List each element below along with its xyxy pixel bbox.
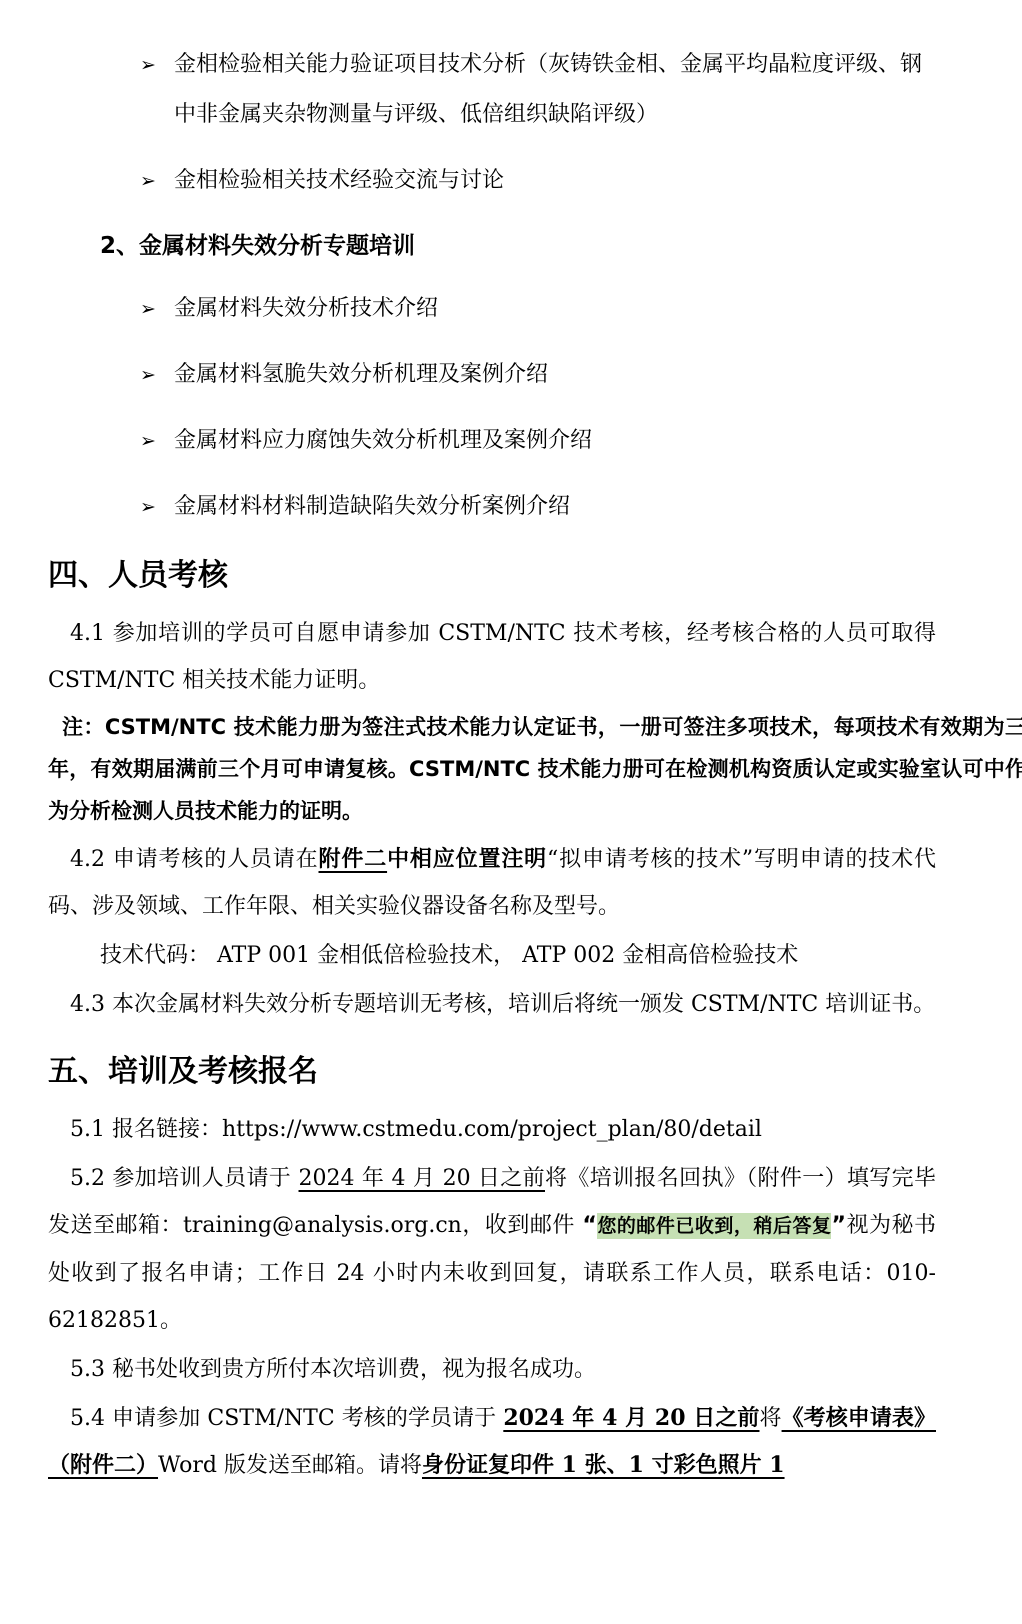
registration-link-url: https://www.cstmedu.com/project_plan/80/… — [222, 1117, 762, 1142]
arrow-bullet-icon: ➢ — [140, 482, 174, 532]
arrow-bullet-icon: ➢ — [140, 284, 174, 334]
text-run-bold: 中相应位置注明 — [387, 846, 547, 872]
list-item: ➢ 金属材料氢脆失效分析机理及案例介绍 — [140, 350, 936, 400]
section-heading-registration: 五、培训及考核报名 — [48, 1050, 936, 1094]
list-item: ➢ 金属材料应力腐蚀失效分析机理及案例介绍 — [140, 416, 936, 466]
paragraph-4-3: 4.3 本次金属材料失效分析专题培训无考核，培训后将统一颁发 CSTM/NTC … — [48, 981, 936, 1028]
subsection-heading-2: 2、金属材料失效分析专题培训 — [100, 222, 936, 270]
text-run: 4.2 申请考核的人员请在 — [70, 847, 319, 872]
document-page: ➢ 金相检验相关能力验证项目技术分析（灰铸铁金相、金属平均晶粒度评级、钢中非金属… — [0, 0, 1022, 1624]
deadline-date: 2024 年 4 月 20 日之前 — [503, 1405, 759, 1431]
list-item-text: 金相检验相关技术经验交流与讨论 — [174, 156, 936, 206]
list-item-text: 金属材料材料制造缺陷失效分析案例介绍 — [174, 482, 936, 532]
email-reply-highlight: 您的邮件已收到，稍后答复 — [597, 1213, 832, 1239]
list-item: ➢ 金相检验相关技术经验交流与讨论 — [140, 156, 936, 206]
quoted-phrase: “拟申请考核的技术” — [547, 847, 753, 872]
text-run: 将 — [759, 1406, 781, 1431]
attachment-2-reference: 附件二 — [319, 846, 388, 872]
paragraph-5-2: 5.2 参加培训人员请于 2024 年 4 月 20 日之前将《培训报名回执》（… — [48, 1155, 936, 1344]
list-item-text: 金属材料应力腐蚀失效分析机理及案例介绍 — [174, 416, 936, 466]
paragraph-5-4: 5.4 申请参加 CSTM/NTC 考核的学员请于 2024 年 4 月 20 … — [48, 1395, 936, 1489]
arrow-bullet-icon: ➢ — [140, 416, 174, 466]
section-heading-personnel-assessment: 四、人员考核 — [48, 554, 936, 598]
paragraph-note: 注：CSTM/NTC 技术能力册为签注式技术能力认定证书，一册可签注多项技术，每… — [48, 706, 1022, 832]
text-run: 5.4 申请参加 CSTM/NTC 考核的学员请于 — [70, 1406, 503, 1431]
list-item: ➢ 金相检验相关能力验证项目技术分析（灰铸铁金相、金属平均晶粒度评级、钢中非金属… — [140, 40, 936, 140]
deadline-date: 2024 年 4 月 20 日之前 — [299, 1166, 545, 1191]
arrow-bullet-icon: ➢ — [140, 40, 174, 90]
paragraph-4-2: 4.2 申请考核的人员请在附件二中相应位置注明“拟申请考核的技术”写明申请的技术… — [48, 836, 936, 930]
text-run: Word 版发送至邮箱。请将 — [158, 1453, 422, 1478]
arrow-bullet-icon: ➢ — [140, 156, 174, 206]
list-item: ➢ 金属材料失效分析技术介绍 — [140, 284, 936, 334]
list-item: ➢ 金属材料材料制造缺陷失效分析案例介绍 — [140, 482, 936, 532]
paragraph-4-1: 4.1 参加培训的学员可自愿申请参加 CSTM/NTC 技术考核，经考核合格的人… — [48, 610, 936, 704]
open-quote: “ — [582, 1213, 596, 1238]
close-quote: ” — [831, 1213, 845, 1238]
list-item-text: 金相检验相关能力验证项目技术分析（灰铸铁金相、金属平均晶粒度评级、钢中非金属夹杂… — [174, 40, 936, 140]
required-materials: 身份证复印件 1 张、1 寸彩色照片 1 — [422, 1452, 785, 1478]
paragraph-5-3: 5.3 秘书处收到贵方所付本次培训费，视为报名成功。 — [48, 1346, 936, 1393]
registration-link-label: 5.1 报名链接： — [70, 1117, 222, 1142]
list-item-text: 金属材料氢脆失效分析机理及案例介绍 — [174, 350, 936, 400]
arrow-bullet-icon: ➢ — [140, 350, 174, 400]
list-item-text: 金属材料失效分析技术介绍 — [174, 284, 936, 334]
text-run: 5.2 参加培训人员请于 — [70, 1166, 299, 1191]
paragraph-5-1: 5.1 报名链接：https://www.cstmedu.com/project… — [48, 1106, 936, 1153]
paragraph-tech-codes: 技术代码： ATP 001 金相低倍检验技术， ATP 002 金相高倍检验技术 — [48, 932, 936, 979]
